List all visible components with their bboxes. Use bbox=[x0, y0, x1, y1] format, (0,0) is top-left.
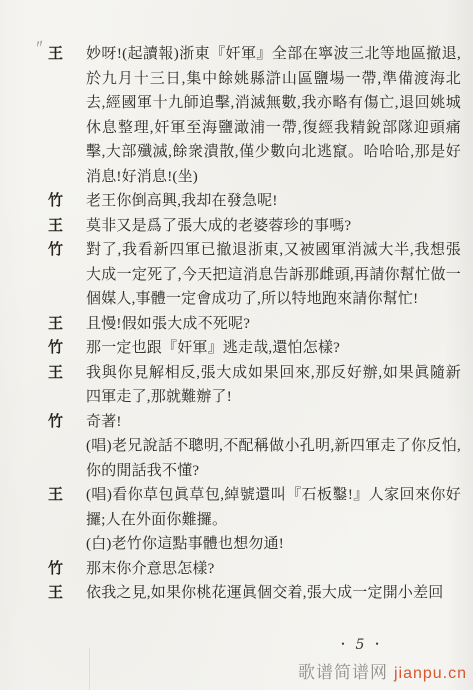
page-number-row: •5• bbox=[295, 637, 425, 654]
speech-body: 莫非又是爲了張大成的老婆蓉珍的事嗎? bbox=[86, 214, 461, 239]
dialogue-entry: 王 且慢!假如張大成不死呢? bbox=[48, 312, 462, 337]
page-number-dot-right: • bbox=[375, 639, 378, 649]
speech-paragraph: 對了,我看新四軍已撤退浙東,又被國軍消滅大半,我想張大成一定死了,今天把這消息告… bbox=[86, 238, 461, 312]
speech-paragraph: 那一定也跟『奸軍』逃走哉,還怕怎樣? bbox=[86, 336, 461, 361]
speech-paragraph: (唱)老兄說話不聰明,不配稱做小孔明,新四軍走了你反怕,你的閒話我不懂? bbox=[86, 434, 461, 483]
speaker-label: 王 bbox=[48, 483, 86, 508]
speech-paragraph: 老王你倒高興,我却在發急呢! bbox=[86, 189, 461, 214]
speech-body: 我與你見解相反,張大成如果回來,那反好辦,如果眞隨新四軍走了,那就難辦了! bbox=[86, 361, 461, 410]
dialogue-entry: 王 依我之見,如果你桃花運眞個交着,張大成一定開小差回 bbox=[48, 581, 462, 606]
speaker-label: 王 bbox=[48, 581, 86, 606]
speaker-label: 王 bbox=[48, 312, 86, 337]
speech-body: 依我之見,如果你桃花運眞個交着,張大成一定開小差回 bbox=[86, 581, 461, 606]
speech-paragraph: 我與你見解相反,張大成如果回來,那反好辦,如果眞隨新四軍走了,那就難辦了! bbox=[86, 361, 461, 410]
dialogue-list: 王 妙呀!(起讀報)浙東『奸軍』全部在寧波三北等地區撤退,於九月十三日,集中餘姚… bbox=[48, 42, 462, 606]
dialogue-entry: 王 莫非又是爲了張大成的老婆蓉珍的事嗎? bbox=[48, 214, 462, 239]
speech-body: 且慢!假如張大成不死呢? bbox=[86, 312, 461, 337]
speaker-label: 王 bbox=[48, 214, 86, 239]
speech-paragraph: 莫非又是爲了張大成的老婆蓉珍的事嗎? bbox=[86, 214, 461, 239]
dialogue-entry: 竹 那一定也跟『奸軍』逃走哉,還怕怎樣? bbox=[48, 336, 462, 361]
scanned-script-page: 〃 王 妙呀!(起讀報)浙東『奸軍』全部在寧波三北等地區撤退,於九月十三日,集中… bbox=[0, 0, 473, 690]
dialogue-entry: 王 (唱)看你草包眞草包,綽號還叫『石板鑿!』人家回來你好攞;人在外面你難攞。(… bbox=[48, 483, 462, 557]
page-number-dot-left: • bbox=[341, 639, 344, 649]
speech-body: (唱)看你草包眞草包,綽號還叫『石板鑿!』人家回來你好攞;人在外面你難攞。(白)… bbox=[86, 483, 461, 557]
watermark-site-url: jianpu.cn bbox=[394, 665, 467, 682]
speaker-label: 竹 bbox=[48, 336, 86, 361]
speaker-label: 王 bbox=[48, 42, 86, 67]
speech-body: 對了,我看新四軍已撤退浙東,又被國軍消滅大半,我想張大成一定死了,今天把這消息告… bbox=[86, 238, 461, 312]
dialogue-entry: 竹 對了,我看新四軍已撤退浙東,又被國軍消滅大半,我想張大成一定死了,今天把這消… bbox=[48, 238, 462, 312]
speech-paragraph: 妙呀!(起讀報)浙東『奸軍』全部在寧波三北等地區撤退,於九月十三日,集中餘姚縣滸… bbox=[86, 42, 461, 189]
speaker-label: 竹 bbox=[48, 557, 86, 582]
speaker-label: 竹 bbox=[48, 189, 86, 214]
dialogue-entry: 王 我與你見解相反,張大成如果回來,那反好辦,如果眞隨新四軍走了,那就難辦了! bbox=[48, 361, 462, 410]
speech-body: 那一定也跟『奸軍』逃走哉,還怕怎樣? bbox=[86, 336, 461, 361]
scan-artifact-mark: 〃 bbox=[32, 35, 46, 53]
speech-paragraph: (唱)看你草包眞草包,綽號還叫『石板鑿!』人家回來你好攞;人在外面你難攞。 bbox=[86, 483, 461, 532]
speech-body: 妙呀!(起讀報)浙東『奸軍』全部在寧波三北等地區撤退,於九月十三日,集中餘姚縣滸… bbox=[86, 42, 461, 189]
watermark: 歌谱简谱网jianpu.cn bbox=[298, 658, 467, 683]
speech-body: 奇著!(唱)老兄說話不聰明,不配稱做小孔明,新四軍走了你反怕,你的閒話我不懂? bbox=[86, 410, 461, 484]
speaker-label: 王 bbox=[48, 361, 86, 386]
speech-body: 老王你倒高興,我却在發急呢! bbox=[86, 189, 461, 214]
dialogue-entry: 竹 奇著!(唱)老兄說話不聰明,不配稱做小孔明,新四軍走了你反怕,你的閒話我不懂… bbox=[48, 410, 462, 484]
speaker-label: 竹 bbox=[48, 410, 86, 435]
watermark-site-name: 歌谱简谱网 bbox=[298, 663, 388, 682]
speech-paragraph: 且慢!假如張大成不死呢? bbox=[86, 312, 461, 337]
speaker-label: 竹 bbox=[48, 238, 86, 263]
dialogue-entry: 王 妙呀!(起讀報)浙東『奸軍』全部在寧波三北等地區撤退,於九月十三日,集中餘姚… bbox=[48, 42, 462, 189]
speech-body: 那末你介意思怎樣? bbox=[86, 557, 461, 582]
dialogue-entry: 竹 那末你介意思怎樣? bbox=[48, 557, 462, 582]
speech-paragraph: 那末你介意思怎樣? bbox=[86, 557, 461, 582]
speech-paragraph: (白)老竹你這點事體也想勿通! bbox=[86, 532, 461, 557]
speech-paragraph: 依我之見,如果你桃花運眞個交着,張大成一定開小差回 bbox=[86, 581, 461, 606]
dialogue-entry: 竹 老王你倒高興,我却在發急呢! bbox=[48, 189, 462, 214]
page-number: 5 bbox=[356, 637, 365, 653]
speech-paragraph: 奇著! bbox=[86, 410, 461, 435]
